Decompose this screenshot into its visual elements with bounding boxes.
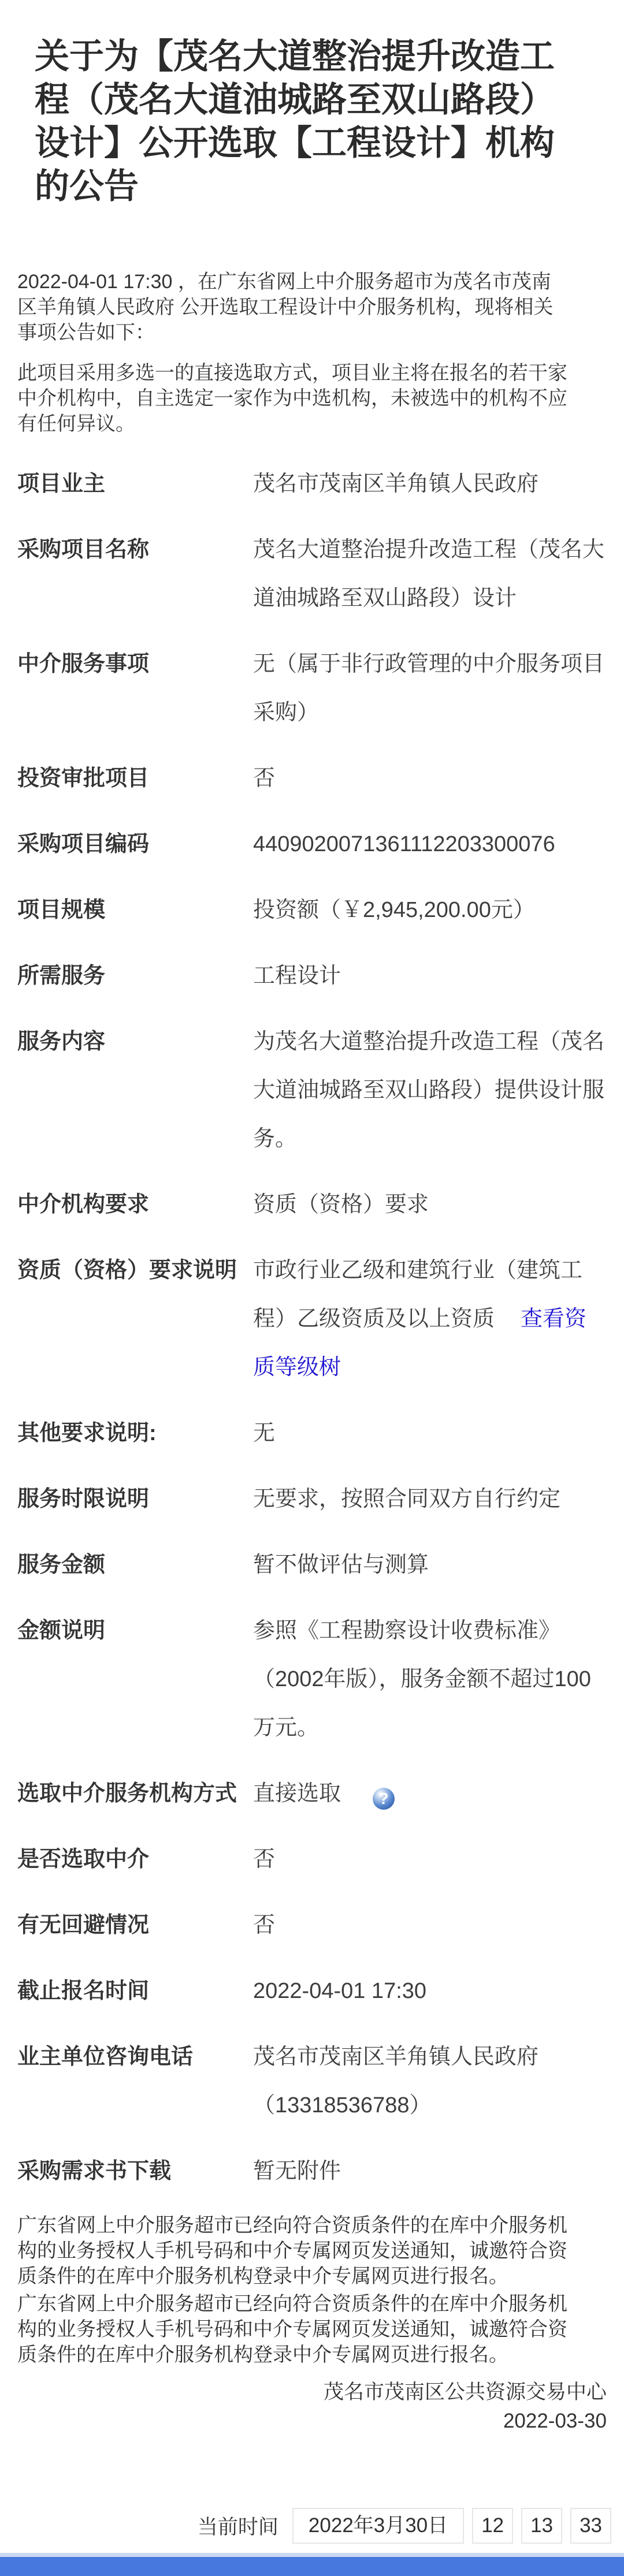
row-value: 资质（资格）要求: [253, 1180, 608, 1229]
footer-bar: [0, 2557, 624, 2576]
table-row-required-service: 所需服务 工程设计: [17, 952, 624, 1000]
table-row-selection-method: 选取中介服务机构方式 直接选取?: [17, 1769, 624, 1818]
table-row-other-requirements: 其他要求说明: 无: [17, 1409, 624, 1457]
row-label: 有无回避情况: [17, 1901, 253, 1949]
row-value: 投资额（￥2,945,200.00元）: [253, 886, 608, 934]
row-value: 2022-04-01 17:30: [253, 1967, 608, 2015]
row-label: 项目规模: [17, 886, 253, 934]
row-label: 截止报名时间: [17, 1967, 253, 2015]
current-time-bar: 当前时间 2022年3月30日 12 13 33: [0, 2508, 624, 2544]
footer-notice-paragraph: 广东省网上中介服务超市已经向符合资质条件的在库中介服务机 构的业务授权人手机号码…: [0, 2213, 624, 2289]
row-label: 是否选取中介: [17, 1835, 253, 1884]
row-label: 资质（资格）要求说明: [17, 1246, 253, 1295]
table-row-project-scale: 项目规模 投资额（￥2,945,200.00元）: [17, 886, 624, 934]
table-row-service-time-limit: 服务时限说明 无要求，按照合同双方自行约定: [17, 1475, 624, 1523]
row-label: 服务时限说明: [17, 1475, 253, 1523]
table-row-service-amount: 服务金额 暂不做评估与测算: [17, 1541, 624, 1589]
row-value: 茂名市茂南区羊角镇人民政府 （13318536788）: [253, 2033, 608, 2130]
table-row-owner-phone: 业主单位咨询电话 茂名市茂南区羊角镇人民政府 （13318536788）: [17, 2033, 624, 2130]
row-label: 中介服务事项: [17, 640, 253, 688]
row-label: 其他要求说明:: [17, 1409, 253, 1457]
row-label: 中介机构要求: [17, 1180, 253, 1229]
row-value: 无要求，按照合同双方自行约定: [253, 1475, 608, 1523]
row-value: 为茂名大道整治提升改造工程（茂名 大道油城路至双山路段）提供设计服 务。: [253, 1017, 608, 1163]
table-row-investment-approval: 投资审批项目 否: [17, 754, 624, 803]
current-second-box: 33: [570, 2508, 611, 2544]
row-value: 无（属于非行政管理的中介服务项目 采购）: [253, 640, 608, 737]
row-value: 直接选取?: [253, 1769, 608, 1818]
row-value: 茂名大道整治提升改造工程（茂名大 道油城路至双山路段）设计: [253, 525, 608, 622]
row-value: 否: [253, 1901, 608, 1949]
row-label: 项目业主: [17, 460, 253, 508]
row-value: 无: [253, 1409, 608, 1457]
table-row-agency-requirement: 中介机构要求 资质（资格）要求: [17, 1180, 624, 1229]
page-title: 关于为【茂名大道整治提升改造工 程（茂名大道油城路至双山路段） 设计】公开选取【…: [0, 0, 624, 208]
row-label: 服务金额: [17, 1541, 253, 1589]
selection-method-text: 直接选取: [253, 1781, 341, 1806]
current-date-box: 2022年3月30日: [292, 2508, 464, 2544]
row-value: 茂名市茂南区羊角镇人民政府: [253, 460, 608, 508]
footer-divider: [0, 2553, 624, 2557]
row-label: 选取中介服务机构方式: [17, 1769, 253, 1818]
help-question-icon[interactable]: ?: [373, 1788, 395, 1810]
intro-paragraph: 2022-04-01 17:30 ，在广东省网上中介服务超市为茂名市茂南 区羊角…: [0, 269, 624, 345]
current-minute-box: 13: [521, 2508, 562, 2544]
row-label: 业主单位咨询电话: [17, 2033, 253, 2081]
table-row-project-name: 采购项目名称 茂名大道整治提升改造工程（茂名大 道油城路至双山路段）设计: [17, 525, 624, 622]
table-row-project-owner: 项目业主 茂名市茂南区羊角镇人民政府: [17, 460, 624, 508]
row-value: 暂无附件: [253, 2147, 608, 2195]
row-value: 工程设计: [253, 952, 608, 1000]
row-value: 参照《工程勘察设计收费标准》 （2002年版），服务金额不超过100 万元。: [253, 1606, 608, 1752]
table-row-service-content: 服务内容 为茂名大道整治提升改造工程（茂名 大道油城路至双山路段）提供设计服 务…: [17, 1017, 624, 1163]
row-label: 采购项目编码: [17, 820, 253, 868]
table-row-service-item: 中介服务事项 无（属于非行政管理的中介服务项目 采购）: [17, 640, 624, 737]
row-label: 投资审批项目: [17, 754, 253, 803]
table-row-amount-description: 金额说明 参照《工程勘察设计收费标准》 （2002年版），服务金额不超过100 …: [17, 1606, 624, 1752]
row-value: 否: [253, 1835, 608, 1884]
current-hour-box: 12: [472, 2508, 513, 2544]
table-row-avoidance: 有无回避情况 否: [17, 1901, 624, 1949]
row-label: 采购需求书下载: [17, 2147, 253, 2195]
selection-note-paragraph: 此项目采用多选一的直接选取方式，项目业主将在报名的若干家 中介机构中，自主选定一…: [0, 360, 624, 437]
row-label: 金额说明: [17, 1606, 253, 1655]
table-row-registration-deadline: 截止报名时间 2022-04-01 17:30: [17, 1967, 624, 2015]
table-row-qualification-requirement: 资质（资格）要求说明 市政行业乙级和建筑行业（建筑工 程）乙级资质及以上资质查看…: [17, 1246, 624, 1392]
row-label: 所需服务: [17, 952, 253, 1000]
detail-table: 项目业主 茂名市茂南区羊角镇人民政府 采购项目名称 茂名大道整治提升改造工程（茂…: [0, 460, 624, 2195]
footer-notice-paragraph-repeat: 广东省网上中介服务超市已经向符合资质条件的在库中介服务机 构的业务授权人手机号码…: [0, 2291, 624, 2368]
table-row-requirement-download: 采购需求书下载 暂无附件: [17, 2147, 624, 2195]
table-row-project-code: 采购项目编码 4409020071361112203300076: [17, 820, 624, 868]
issuer-name: 茂名市茂南区公共资源交易中心: [0, 2378, 607, 2407]
table-row-whether-select-agency: 是否选取中介 否: [17, 1835, 624, 1884]
row-value: 市政行业乙级和建筑行业（建筑工 程）乙级资质及以上资质查看资 质等级树: [253, 1246, 608, 1392]
signature-block: 茂名市茂南区公共资源交易中心 2022-03-30: [0, 2378, 624, 2436]
issue-date: 2022-03-30: [0, 2407, 607, 2436]
row-value: 否: [253, 754, 608, 803]
announcement-page: 关于为【茂名大道整治提升改造工 程（茂名大道油城路至双山路段） 设计】公开选取【…: [0, 0, 624, 2576]
current-time-label: 当前时间: [198, 2511, 278, 2540]
row-label: 采购项目名称: [17, 525, 253, 574]
row-value: 暂不做评估与测算: [253, 1541, 608, 1589]
row-value: 4409020071361112203300076: [253, 820, 608, 868]
row-label: 服务内容: [17, 1017, 253, 1066]
